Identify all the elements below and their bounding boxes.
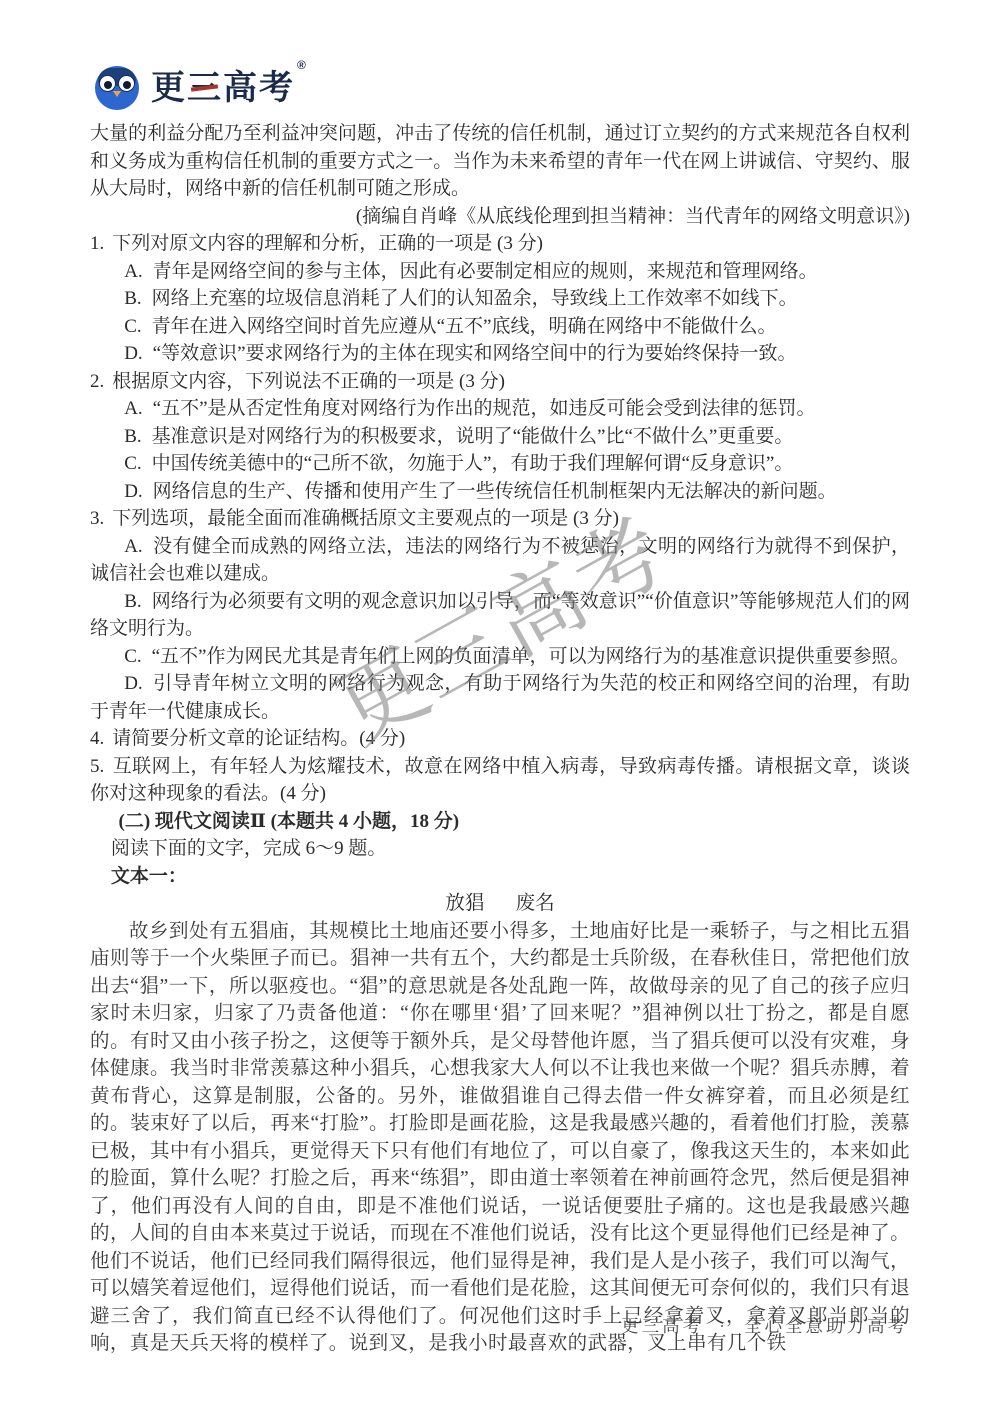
exam-page: 更三高考 更三高考® 大量的利益分配乃至利益冲突问题，冲击了传统的信任机制，通过… <box>0 0 1000 1415</box>
footer-slogan: 全心全意助力高考 <box>744 1316 908 1336</box>
option-text: 网络行为必须要有文明的观念意识加以引导，而“等效意识”“价值意识”等能够规范人们… <box>90 591 910 640</box>
option-text: 没有健全而成熟的网络立法，违法的网络行为不被惩治，文明的网络行为就得不到保护，诚… <box>90 536 910 585</box>
question-number: 2. <box>90 371 104 392</box>
option-label: D. <box>124 673 142 694</box>
brand-char-san: 三 <box>187 69 223 107</box>
story-author: 废名 <box>516 893 555 914</box>
registered-trademark-symbol: ® <box>297 58 308 72</box>
question-number: 4. <box>90 728 104 749</box>
option-text: “等效意识”要求网络行为的主体在现实和网络空间中的行为要始终保持一致。 <box>153 343 797 364</box>
owl-beak <box>113 91 121 97</box>
option-b: B.网络上充塞的垃圾信息消耗了人们的认知盈余，导致线上工作效率不如线下。 <box>90 285 910 313</box>
question-stem: 下列对原文内容的理解和分析，正确的一项是 (3 分) <box>112 233 543 254</box>
question-stem: 下列选项，最能全面而准确概括原文主要观点的一项是 (3 分) <box>112 508 619 529</box>
option-text: 中国传统美德中的“己所不欲，勿施于人”，有助于我们理解何谓“反身意识”。 <box>152 453 794 474</box>
option-text: 青年是网络空间的参与主体，因此有必要制定相应的规则，来规范和管理网络。 <box>153 261 818 282</box>
option-text: 青年在进入网络空间时首先应遵从“五不”底线，明确在网络中不能做什么。 <box>152 316 777 337</box>
brand-chars-gaokao: 高考 <box>223 69 295 107</box>
owl-eye-left <box>99 75 116 92</box>
option-text: 网络上充塞的垃圾信息消耗了人们的认知盈余，导致线上工作效率不如线下。 <box>152 288 798 309</box>
option-label: B. <box>124 426 141 447</box>
story-title-line: 放猖废名 <box>90 890 910 918</box>
option-label: D. <box>124 343 142 364</box>
story-body-paragraph: 故乡到处有五猖庙，其规模比土地庙还要小得多，土地庙好比是一乘轿子，与之相比五猖庙… <box>90 918 910 1358</box>
option-label: B. <box>124 591 141 612</box>
page-footer: 更三高考·全心全意助力高考 <box>621 1313 908 1338</box>
option-text: “五不”是从否定性角度对网络行为作出的规范，如违反可能会受到法律的惩罚。 <box>153 398 816 419</box>
option-label: C. <box>124 646 141 667</box>
question-stem: 请简要分析文章的论证结构。(4 分) <box>112 728 405 749</box>
option-label: A. <box>124 536 142 557</box>
option-label: A. <box>124 398 142 419</box>
question-stem: 根据原文内容，下列说法不正确的一项是 (3 分) <box>112 371 505 392</box>
question-5: 5.互联网上，有年轻人为炫耀技术，故意在网络中植入病毒，导致病毒传播。请根据文章… <box>90 753 910 808</box>
passage-continuation-paragraph: 大量的利益分配乃至利益冲突问题，冲击了传统的信任机制，通过订立契约的方式来规范各… <box>90 120 910 203</box>
owl-logo-icon <box>95 66 139 110</box>
question-number: 5. <box>90 756 104 777</box>
option-text: 网络信息的生产、传播和使用产生了一些传统信任机制框架内无法解决的新问题。 <box>153 481 837 502</box>
owl-eye-right <box>118 75 135 92</box>
section-2-instruction: 阅读下面的文字，完成 6～9 题。 <box>90 835 910 863</box>
question-number: 3. <box>90 508 104 529</box>
option-b: B.网络行为必须要有文明的观念意识加以引导，而“等效意识”“价值意识”等能够规范… <box>90 588 910 643</box>
option-d: D.引导青年树立文明的网络行为观念，有助于网络行为失范的校正和网络空间的治理，有… <box>90 670 910 725</box>
option-d: D.“等效意识”要求网络行为的主体在现实和网络空间中的行为要始终保持一致。 <box>90 340 910 368</box>
option-c: C.“五不”作为网民尤其是青年们上网的负面清单，可以为网络行为的基准意识提供重要… <box>90 643 910 671</box>
option-c: C.青年在进入网络空间时首先应遵从“五不”底线，明确在网络中不能做什么。 <box>90 313 910 341</box>
question-2: 2.根据原文内容，下列说法不正确的一项是 (3 分) A.“五不”是从否定性角度… <box>90 368 910 506</box>
question-4: 4.请简要分析文章的论证结构。(4 分) <box>90 725 910 753</box>
document-body: 大量的利益分配乃至利益冲突问题，冲击了传统的信任机制，通过订立契约的方式来规范各… <box>90 120 910 1358</box>
option-a: A.青年是网络空间的参与主体，因此有必要制定相应的规则，来规范和管理网络。 <box>90 258 910 286</box>
brand-logo: 更三高考® <box>95 66 306 110</box>
passage-attribution: (摘编自肖峰《从底线伦理到担当精神：当代青年的网络文明意识》) <box>90 203 910 231</box>
option-label: C. <box>124 316 141 337</box>
option-text: 基准意识是对网络行为的积极要求，说明了“能做什么”比“不做什么”更重要。 <box>152 426 794 447</box>
question-1: 1.下列对原文内容的理解和分析，正确的一项是 (3 分) A.青年是网络空间的参… <box>90 230 910 368</box>
option-a: A.没有健全而成熟的网络立法，违法的网络行为不被惩治，文明的网络行为就得不到保护… <box>90 533 910 588</box>
footer-brand: 更三高考 <box>621 1316 703 1336</box>
text-1-label: 文本一： <box>90 863 910 891</box>
question-number: 1. <box>90 233 104 254</box>
option-d: D.网络信息的生产、传播和使用产生了一些传统信任机制框架内无法解决的新问题。 <box>90 478 910 506</box>
option-label: D. <box>124 481 142 502</box>
option-c: C.中国传统美德中的“己所不欲，勿施于人”，有助于我们理解何谓“反身意识”。 <box>90 450 910 478</box>
option-label: A. <box>124 261 142 282</box>
brand-logo-text: 更三高考® <box>151 71 306 105</box>
option-label: B. <box>124 288 141 309</box>
brand-char-geng: 更 <box>151 69 187 107</box>
option-text: 引导青年树立文明的网络行为观念，有助于网络行为失范的校正和网络空间的治理，有助于… <box>90 673 910 722</box>
option-text: “五不”作为网民尤其是青年们上网的负面清单，可以为网络行为的基准意识提供重要参照… <box>152 646 910 667</box>
section-2-heading: (二) 现代文阅读Ⅱ (本题共 4 小题，18 分) <box>90 808 910 836</box>
question-3: 3.下列选项，最能全面而准确概括原文主要观点的一项是 (3 分) A.没有健全而… <box>90 505 910 725</box>
option-b: B.基准意识是对网络行为的积极要求，说明了“能做什么”比“不做什么”更重要。 <box>90 423 910 451</box>
footer-separator-dot: · <box>719 1316 728 1336</box>
option-label: C. <box>124 453 141 474</box>
option-a: A.“五不”是从否定性角度对网络行为作出的规范，如违反可能会受到法律的惩罚。 <box>90 395 910 423</box>
story-title: 放猖 <box>445 893 484 914</box>
question-stem: 互联网上，有年轻人为炫耀技术，故意在网络中植入病毒，导致病毒传播。请根据文章，谈… <box>90 756 910 805</box>
